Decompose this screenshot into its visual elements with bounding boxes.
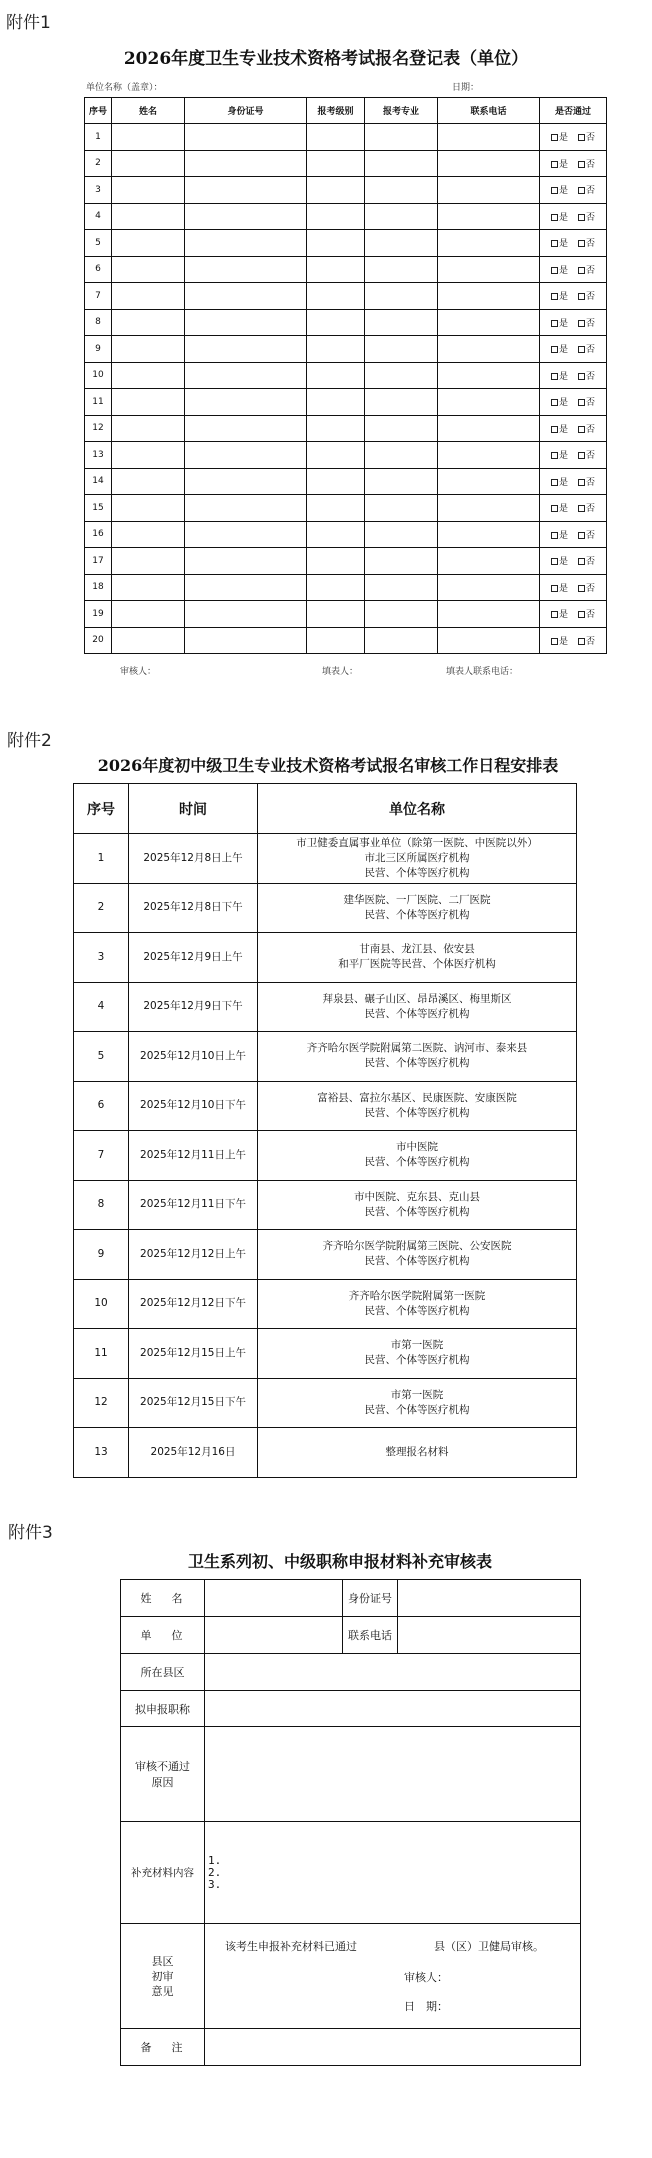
- id-number-cell[interactable]: [185, 468, 307, 495]
- pass-yes-option[interactable]: 是: [551, 425, 568, 435]
- reviewer-sign-label: 审核人：: [404, 1969, 448, 1985]
- pass-no-label: 否: [586, 451, 595, 461]
- checkbox-yes-icon[interactable]: [551, 532, 558, 539]
- id-number-cell[interactable]: [185, 548, 307, 575]
- pass-yes-option[interactable]: 是: [551, 557, 568, 567]
- row-index: 11: [85, 389, 112, 416]
- phone-cell[interactable]: [438, 495, 540, 522]
- table-row: 92025年12月12日上午齐齐哈尔医学院附属第三医院、公安医院民营、个体等医疗…: [74, 1230, 577, 1280]
- pass-cell: 是否: [540, 495, 607, 522]
- row-supplement: 补充材料内容 1. 2. 3.: [121, 1822, 581, 1924]
- table-row: 15是否: [85, 495, 607, 522]
- pass-cell: 是否: [540, 548, 607, 575]
- time-cell: 2025年12月15日上午: [129, 1329, 258, 1379]
- phone-cell[interactable]: [438, 521, 540, 548]
- checkbox-no-icon[interactable]: [578, 373, 585, 380]
- name-cell[interactable]: [112, 150, 185, 177]
- pass-yes-option[interactable]: 是: [551, 398, 568, 408]
- level-cell[interactable]: [307, 468, 365, 495]
- attachment3-title: 卫生系列初、中级职称申报材料补充审核表: [0, 1549, 652, 1572]
- table-row: 20是否: [85, 627, 607, 654]
- checkbox-yes-icon[interactable]: [551, 452, 558, 459]
- checkbox-yes-icon[interactable]: [551, 214, 558, 221]
- specialty-cell[interactable]: [365, 574, 438, 601]
- phone-cell[interactable]: [438, 203, 540, 230]
- checkbox-no-icon[interactable]: [578, 505, 585, 512]
- unit-line: 民营、个体等医疗机构: [258, 866, 576, 881]
- id-number-cell[interactable]: [185, 442, 307, 469]
- pass-yes-option[interactable]: 是: [551, 266, 568, 276]
- name-cell[interactable]: [112, 548, 185, 575]
- time-cell: 2025年12月11日上午: [129, 1131, 258, 1181]
- pass-no-option[interactable]: 否: [578, 213, 595, 223]
- pass-yes-label: 是: [559, 213, 568, 223]
- pass-yes-option[interactable]: 是: [551, 478, 568, 488]
- pass-yes-option[interactable]: 是: [551, 213, 568, 223]
- id-number-cell[interactable]: [185, 203, 307, 230]
- name-cell[interactable]: [112, 389, 185, 416]
- unit-field[interactable]: [205, 1617, 343, 1654]
- checkbox-no-icon[interactable]: [578, 293, 585, 300]
- supplement-field[interactable]: 1. 2. 3.: [205, 1822, 581, 1924]
- row-unit: 单位 联系电话: [121, 1617, 581, 1654]
- checkbox-yes-icon[interactable]: [551, 558, 558, 565]
- id-number-field[interactable]: [398, 1580, 581, 1617]
- checkbox-no-icon[interactable]: [578, 187, 585, 194]
- table-row: 122025年12月15日下午市第一医院民营、个体等医疗机构: [74, 1378, 577, 1428]
- specialty-cell[interactable]: [365, 442, 438, 469]
- pass-no-option[interactable]: 否: [578, 345, 595, 355]
- time-cell: 2025年12月10日下午: [129, 1081, 258, 1131]
- checkbox-yes-icon[interactable]: [551, 638, 558, 645]
- supplement-label: 补充材料内容: [121, 1822, 205, 1924]
- unit-name-cell: 市中医院、克东县、克山县民营、个体等医疗机构: [258, 1180, 577, 1230]
- unit-name-cell: 齐齐哈尔医学院附属第三医院、公安医院民营、个体等医疗机构: [258, 1230, 577, 1280]
- pass-yes-option[interactable]: 是: [551, 372, 568, 382]
- id-number-cell[interactable]: [185, 627, 307, 654]
- level-cell[interactable]: [307, 309, 365, 336]
- specialty-cell[interactable]: [365, 177, 438, 204]
- id-number-cell[interactable]: [185, 256, 307, 283]
- pass-cell: 是否: [540, 389, 607, 416]
- checkbox-yes-icon[interactable]: [551, 320, 558, 327]
- table-row: 14是否: [85, 468, 607, 495]
- level-cell[interactable]: [307, 415, 365, 442]
- pass-no-option[interactable]: 否: [578, 266, 595, 276]
- unit-name-cell: 整理报名材料: [258, 1428, 577, 1478]
- pass-yes-option[interactable]: 是: [551, 160, 568, 170]
- checkbox-no-icon[interactable]: [578, 532, 585, 539]
- specialty-cell[interactable]: [365, 521, 438, 548]
- row-index: 17: [85, 548, 112, 575]
- checkbox-yes-icon[interactable]: [551, 240, 558, 247]
- checkbox-no-icon[interactable]: [578, 240, 585, 247]
- id-number-cell[interactable]: [185, 521, 307, 548]
- pass-no-label: 否: [586, 372, 595, 382]
- reviewer-label: 审核人：: [120, 664, 156, 677]
- phone-cell[interactable]: [438, 256, 540, 283]
- pass-yes-option[interactable]: 是: [551, 584, 568, 594]
- unit-label: 单位: [121, 1617, 205, 1654]
- checkbox-no-icon[interactable]: [578, 426, 585, 433]
- row-index: 7: [85, 283, 112, 310]
- checkbox-no-icon[interactable]: [578, 214, 585, 221]
- county-field[interactable]: [205, 1654, 581, 1691]
- row-index: 13: [85, 442, 112, 469]
- phone-cell[interactable]: [438, 336, 540, 363]
- specialty-cell[interactable]: [365, 495, 438, 522]
- pass-cell: 是否: [540, 521, 607, 548]
- unit-name-cell: 市中医院民营、个体等医疗机构: [258, 1131, 577, 1181]
- id-number-cell[interactable]: [185, 177, 307, 204]
- checkbox-no-icon[interactable]: [578, 399, 585, 406]
- row-index: 8: [74, 1180, 129, 1230]
- name-cell[interactable]: [112, 230, 185, 257]
- pass-yes-option[interactable]: 是: [551, 345, 568, 355]
- pass-yes-option[interactable]: 是: [551, 239, 568, 249]
- table-row: 18是否: [85, 574, 607, 601]
- unit-line: 齐齐哈尔医学院附属第一医院: [258, 1289, 576, 1304]
- unit-line: 齐齐哈尔医学院附属第三医院、公安医院: [258, 1239, 576, 1254]
- row-index: 16: [85, 521, 112, 548]
- specialty-cell[interactable]: [365, 203, 438, 230]
- unit-name-cell: 建华医院、一厂医院、二厂医院民营、个体等医疗机构: [258, 883, 577, 933]
- name-cell[interactable]: [112, 415, 185, 442]
- title-applied-label: 拟申报职称: [121, 1691, 205, 1727]
- specialty-cell[interactable]: [365, 124, 438, 151]
- time-cell: 2025年12月10日上午: [129, 1032, 258, 1082]
- level-cell[interactable]: [307, 389, 365, 416]
- name-cell[interactable]: [112, 574, 185, 601]
- attachment2-label: 附件2: [7, 726, 52, 751]
- title-applied-field[interactable]: [205, 1691, 581, 1727]
- unit-line: 整理报名材料: [258, 1445, 576, 1460]
- attachment1-label: 附件1: [6, 8, 51, 33]
- pass-no-option[interactable]: 否: [578, 292, 595, 302]
- row-index: 10: [74, 1279, 129, 1329]
- level-cell[interactable]: [307, 256, 365, 283]
- unit-line: 齐齐哈尔医学院附属第二医院、讷河市、泰来县: [258, 1041, 576, 1056]
- row-index: 8: [85, 309, 112, 336]
- pass-no-option[interactable]: 否: [578, 319, 595, 329]
- name-cell[interactable]: [112, 468, 185, 495]
- unit-line: 市卫健委直属事业单位（除第一医院、中医院以外）: [258, 836, 576, 851]
- specialty-cell[interactable]: [365, 468, 438, 495]
- name-cell[interactable]: [112, 601, 185, 628]
- checkbox-yes-icon[interactable]: [551, 373, 558, 380]
- pass-cell: 是否: [540, 283, 607, 310]
- pass-no-option[interactable]: 否: [578, 133, 595, 143]
- level-cell[interactable]: [307, 521, 365, 548]
- name-cell[interactable]: [112, 124, 185, 151]
- pass-cell: 是否: [540, 574, 607, 601]
- pass-no-option[interactable]: 否: [578, 584, 595, 594]
- checkbox-no-icon[interactable]: [578, 346, 585, 353]
- table-row: 132025年12月16日整理报名材料: [74, 1428, 577, 1478]
- id-number-cell[interactable]: [185, 336, 307, 363]
- checkbox-no-icon[interactable]: [578, 320, 585, 327]
- id-number-cell[interactable]: [185, 601, 307, 628]
- table-header-row: 序号 姓名 身份证号 报考级别 报考专业 联系电话 是否通过: [85, 98, 607, 124]
- phone-cell[interactable]: [438, 124, 540, 151]
- remarks-field[interactable]: [205, 2029, 581, 2066]
- phone-cell[interactable]: [438, 309, 540, 336]
- specialty-cell[interactable]: [365, 230, 438, 257]
- unit-line: 市第一医院: [258, 1338, 576, 1353]
- name-cell[interactable]: [112, 495, 185, 522]
- pass-yes-option[interactable]: 是: [551, 637, 568, 647]
- id-number-cell[interactable]: [185, 283, 307, 310]
- level-cell[interactable]: [307, 627, 365, 654]
- time-cell: 2025年12月15日下午: [129, 1378, 258, 1428]
- specialty-cell[interactable]: [365, 627, 438, 654]
- time-cell: 2025年12月8日上午: [129, 834, 258, 884]
- phone-cell[interactable]: [438, 283, 540, 310]
- level-cell[interactable]: [307, 150, 365, 177]
- level-cell[interactable]: [307, 601, 365, 628]
- name-field[interactable]: [205, 1580, 343, 1617]
- pass-no-option[interactable]: 否: [578, 239, 595, 249]
- specialty-cell[interactable]: [365, 150, 438, 177]
- pass-yes-label: 是: [559, 478, 568, 488]
- unit-line: 拜泉县、碾子山区、昂昂溪区、梅里斯区: [258, 992, 576, 1007]
- table-row: 12025年12月8日上午市卫健委直属事业单位（除第一医院、中医院以外）市北三区…: [74, 834, 577, 884]
- pass-yes-label: 是: [559, 531, 568, 541]
- checkbox-yes-icon[interactable]: [551, 293, 558, 300]
- pass-yes-option[interactable]: 是: [551, 319, 568, 329]
- filler-label: 填表人：: [322, 664, 358, 677]
- pass-yes-option[interactable]: 是: [551, 451, 568, 461]
- id-number-cell[interactable]: [185, 309, 307, 336]
- unit-name-cell: 甘南县、龙江县、依安县和平厂医院等民营、个体医疗机构: [258, 933, 577, 983]
- unit-line: 甘南县、龙江县、依安县: [258, 942, 576, 957]
- col-header-time: 时间: [129, 784, 258, 834]
- col-header-unit-name: 单位名称: [258, 784, 577, 834]
- specialty-cell[interactable]: [365, 309, 438, 336]
- col-header-pass: 是否通过: [540, 98, 607, 124]
- level-cell[interactable]: [307, 362, 365, 389]
- name-cell[interactable]: [112, 309, 185, 336]
- col-header-specialty: 报考专业: [365, 98, 438, 124]
- level-cell[interactable]: [307, 336, 365, 363]
- name-cell[interactable]: [112, 336, 185, 363]
- table-row: 42025年12月9日下午拜泉县、碾子山区、昂昂溪区、梅里斯区民营、个体等医疗机…: [74, 982, 577, 1032]
- remarks-label: 备注: [121, 2029, 205, 2066]
- id-number-cell[interactable]: [185, 124, 307, 151]
- pass-yes-option[interactable]: 是: [551, 610, 568, 620]
- checkbox-yes-icon[interactable]: [551, 399, 558, 406]
- pass-no-label: 否: [586, 610, 595, 620]
- checkbox-yes-icon[interactable]: [551, 479, 558, 486]
- county-review-field[interactable]: 该考生申报补充材料已通过 县（区）卫健局审核。 审核人： 日 期：: [205, 1924, 581, 2029]
- table-row: 112025年12月15日上午市第一医院民营、个体等医疗机构: [74, 1329, 577, 1379]
- pass-no-option[interactable]: 否: [578, 425, 595, 435]
- pass-no-option[interactable]: 否: [578, 398, 595, 408]
- col-header-phone: 联系电话: [438, 98, 540, 124]
- pass-no-option[interactable]: 否: [578, 186, 595, 196]
- phone-cell[interactable]: [438, 415, 540, 442]
- phone-cell[interactable]: [438, 627, 540, 654]
- row-index: 6: [85, 256, 112, 283]
- checkbox-yes-icon[interactable]: [551, 346, 558, 353]
- pass-yes-label: 是: [559, 557, 568, 567]
- fail-reason-label: 审核不通过 原因: [121, 1727, 205, 1822]
- phone-cell[interactable]: [438, 362, 540, 389]
- pass-no-option[interactable]: 否: [578, 610, 595, 620]
- phone-cell[interactable]: [438, 601, 540, 628]
- checkbox-yes-icon[interactable]: [551, 611, 558, 618]
- name-cell[interactable]: [112, 627, 185, 654]
- unit-line: 建华医院、一厂医院、二厂医院: [258, 893, 576, 908]
- level-cell[interactable]: [307, 574, 365, 601]
- phone-field[interactable]: [398, 1617, 581, 1654]
- row-index: 3: [85, 177, 112, 204]
- unit-line: 民营、个体等医疗机构: [258, 1304, 576, 1319]
- pass-no-option[interactable]: 否: [578, 451, 595, 461]
- pass-no-label: 否: [586, 160, 595, 170]
- pass-no-label: 否: [586, 425, 595, 435]
- specialty-cell[interactable]: [365, 415, 438, 442]
- id-number-cell[interactable]: [185, 362, 307, 389]
- specialty-cell[interactable]: [365, 362, 438, 389]
- level-cell[interactable]: [307, 548, 365, 575]
- pass-cell: 是否: [540, 468, 607, 495]
- unit-line: 市北三区所属医疗机构: [258, 851, 576, 866]
- id-number-cell[interactable]: [185, 150, 307, 177]
- specialty-cell[interactable]: [365, 336, 438, 363]
- time-cell: 2025年12月12日下午: [129, 1279, 258, 1329]
- name-cell[interactable]: [112, 203, 185, 230]
- name-cell[interactable]: [112, 521, 185, 548]
- unit-name-cell: 市卫健委直属事业单位（除第一医院、中医院以外）市北三区所属医疗机构民营、个体等医…: [258, 834, 577, 884]
- pass-no-option[interactable]: 否: [578, 372, 595, 382]
- row-remarks: 备注: [121, 2029, 581, 2066]
- table-row: 6是否: [85, 256, 607, 283]
- pass-no-option[interactable]: 否: [578, 478, 595, 488]
- checkbox-yes-icon[interactable]: [551, 267, 558, 274]
- row-index: 1: [85, 124, 112, 151]
- checkbox-yes-icon[interactable]: [551, 134, 558, 141]
- specialty-cell[interactable]: [365, 601, 438, 628]
- pass-yes-label: 是: [559, 398, 568, 408]
- id-number-cell[interactable]: [185, 495, 307, 522]
- checkbox-no-icon[interactable]: [578, 452, 585, 459]
- specialty-cell[interactable]: [365, 256, 438, 283]
- fail-reason-field[interactable]: [205, 1727, 581, 1822]
- table-row: 102025年12月12日下午齐齐哈尔医学院附属第一医院民营、个体等医疗机构: [74, 1279, 577, 1329]
- name-cell[interactable]: [112, 283, 185, 310]
- level-cell[interactable]: [307, 230, 365, 257]
- level-cell[interactable]: [307, 203, 365, 230]
- phone-cell[interactable]: [438, 574, 540, 601]
- checkbox-no-icon[interactable]: [578, 161, 585, 168]
- attachment1-title: 2026年度卫生专业技术资格考试报名登记表（单位）: [0, 44, 652, 69]
- checkbox-yes-icon[interactable]: [551, 161, 558, 168]
- time-cell: 2025年12月9日下午: [129, 982, 258, 1032]
- pass-yes-label: 是: [559, 133, 568, 143]
- phone-cell[interactable]: [438, 177, 540, 204]
- checkbox-no-icon[interactable]: [578, 267, 585, 274]
- supplement-item-3: 3.: [208, 1879, 580, 1891]
- id-number-cell[interactable]: [185, 574, 307, 601]
- registration-table: 序号 姓名 身份证号 报考级别 报考专业 联系电话 是否通过 1是否2是否3是否…: [84, 97, 607, 654]
- specialty-cell[interactable]: [365, 548, 438, 575]
- level-cell[interactable]: [307, 442, 365, 469]
- pass-no-option[interactable]: 否: [578, 531, 595, 541]
- id-number-cell[interactable]: [185, 389, 307, 416]
- phone-cell[interactable]: [438, 150, 540, 177]
- checkbox-no-icon[interactable]: [578, 479, 585, 486]
- pass-yes-label: 是: [559, 637, 568, 647]
- name-cell[interactable]: [112, 362, 185, 389]
- phone-cell[interactable]: [438, 230, 540, 257]
- pass-yes-label: 是: [559, 160, 568, 170]
- checkbox-no-icon[interactable]: [578, 638, 585, 645]
- schedule-table: 序号 时间 单位名称 12025年12月8日上午市卫健委直属事业单位（除第一医院…: [73, 783, 577, 1478]
- row-name: 姓名 身份证号: [121, 1580, 581, 1617]
- checkbox-yes-icon[interactable]: [551, 187, 558, 194]
- pass-no-option[interactable]: 否: [578, 160, 595, 170]
- pass-yes-label: 是: [559, 425, 568, 435]
- phone-cell[interactable]: [438, 389, 540, 416]
- phone-cell[interactable]: [438, 548, 540, 575]
- checkbox-no-icon[interactable]: [578, 585, 585, 592]
- table-row: 2是否: [85, 150, 607, 177]
- level-cell[interactable]: [307, 283, 365, 310]
- pass-cell: 是否: [540, 177, 607, 204]
- pass-no-option[interactable]: 否: [578, 637, 595, 647]
- checkbox-no-icon[interactable]: [578, 134, 585, 141]
- name-cell[interactable]: [112, 442, 185, 469]
- table-row: 17是否: [85, 548, 607, 575]
- county-review-line3: 意见: [121, 1984, 204, 1999]
- pass-yes-option[interactable]: 是: [551, 292, 568, 302]
- row-fail-reason: 审核不通过 原因: [121, 1727, 581, 1822]
- checkbox-no-icon[interactable]: [578, 558, 585, 565]
- id-number-cell[interactable]: [185, 415, 307, 442]
- checkbox-yes-icon[interactable]: [551, 505, 558, 512]
- table-row: 12是否: [85, 415, 607, 442]
- name-cell[interactable]: [112, 256, 185, 283]
- pass-no-label: 否: [586, 133, 595, 143]
- county-review-label: 县区 初审 意见: [121, 1924, 205, 2029]
- checkbox-yes-icon[interactable]: [551, 426, 558, 433]
- unit-name-cell: 市第一医院民营、个体等医疗机构: [258, 1378, 577, 1428]
- level-cell[interactable]: [307, 495, 365, 522]
- level-cell[interactable]: [307, 177, 365, 204]
- unit-line: 民营、个体等医疗机构: [258, 908, 576, 923]
- specialty-cell[interactable]: [365, 389, 438, 416]
- pass-yes-option[interactable]: 是: [551, 186, 568, 196]
- pass-yes-option[interactable]: 是: [551, 133, 568, 143]
- pass-yes-option[interactable]: 是: [551, 531, 568, 541]
- phone-cell[interactable]: [438, 442, 540, 469]
- checkbox-no-icon[interactable]: [578, 611, 585, 618]
- phone-cell[interactable]: [438, 468, 540, 495]
- pass-no-option[interactable]: 否: [578, 557, 595, 567]
- row-index: 13: [74, 1428, 129, 1478]
- pass-no-option[interactable]: 否: [578, 504, 595, 514]
- specialty-cell[interactable]: [365, 283, 438, 310]
- id-number-label: 身份证号: [343, 1580, 398, 1617]
- pass-cell: 是否: [540, 256, 607, 283]
- name-cell[interactable]: [112, 177, 185, 204]
- level-cell[interactable]: [307, 124, 365, 151]
- checkbox-yes-icon[interactable]: [551, 585, 558, 592]
- id-number-cell[interactable]: [185, 230, 307, 257]
- pass-yes-option[interactable]: 是: [551, 504, 568, 514]
- supplement-review-table: 姓名 身份证号 单位 联系电话 所在县区 拟申报职称 审核不通过 原因: [120, 1579, 581, 2066]
